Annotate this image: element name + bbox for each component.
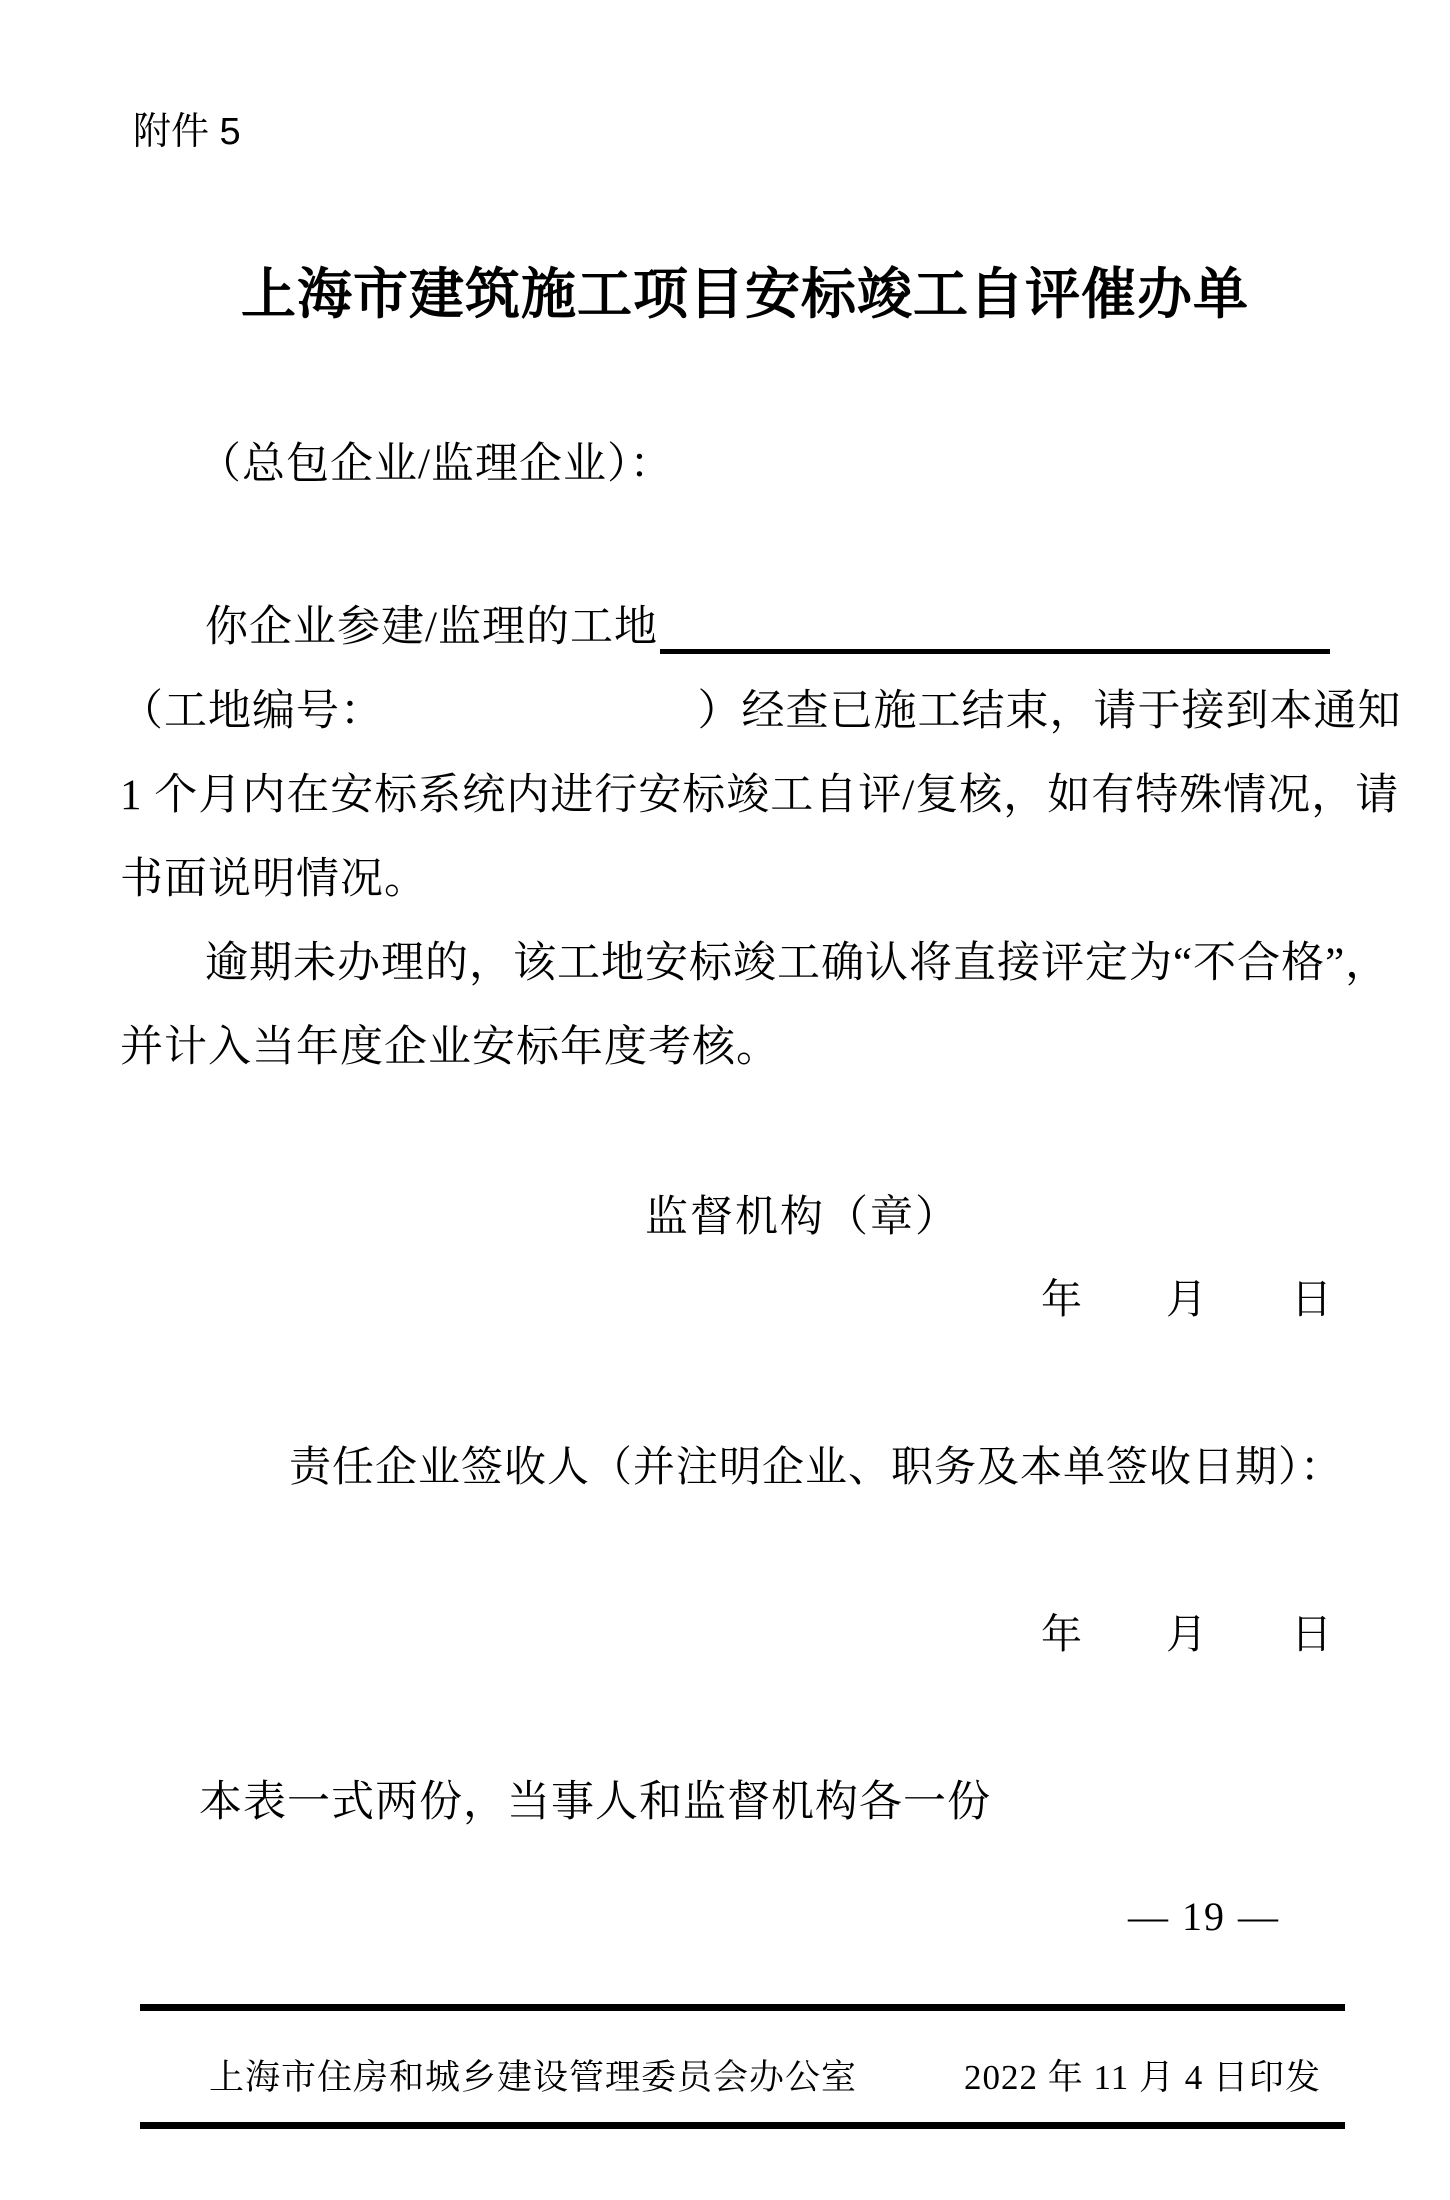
footer-print-date: 2022 年 11 月 4 日印发	[964, 2050, 1321, 2100]
date-line-signee: 年 月 日	[1041, 1601, 1332, 1660]
footer-rule-top	[140, 2004, 1345, 2011]
body-paragraphs: 你企业参建/监理的工地 （工地编号： ）经查已施工结束，请于接到本通知 1 个月…	[120, 586, 1353, 1090]
body-line-3: 1 个月内在安标系统内进行安标竣工自评/复核，如有特殊情况，请	[120, 754, 1353, 838]
document-title: 上海市建筑施工项目安标竣工自评催办单	[0, 250, 1450, 329]
footer-issuer: 上海市住房和城乡建设管理委员会办公室	[209, 2050, 857, 2100]
body-line-site-name: 你企业参建/监理的工地	[120, 586, 1353, 670]
page-number: — 19 —	[1128, 1893, 1280, 1940]
year-label: 年	[1041, 1601, 1082, 1660]
body-line-2-text: ）经查已施工结束，请于接到本通知	[698, 688, 1402, 735]
day-label: 日	[1291, 1601, 1332, 1660]
month-label: 月	[1166, 1266, 1207, 1325]
day-label: 日	[1291, 1266, 1332, 1325]
date-line-supervisor: 年 月 日	[1041, 1266, 1332, 1325]
body-line-4: 书面说明情况。	[120, 838, 1353, 922]
signee-line: 责任企业签收人（并注明企业、职务及本单签收日期）：	[289, 1434, 1343, 1494]
month-label: 月	[1166, 1601, 1207, 1660]
document-page: 附件 5 上海市建筑施工项目安标竣工自评催办单 （总包企业/监理企业）： 你企业…	[0, 0, 1450, 2200]
footer-rule-bottom	[140, 2122, 1345, 2129]
supervisor-seal-line: 监督机构（章）	[645, 1183, 960, 1244]
body-line-5: 逾期未办理的，该工地安标竣工确认将直接评定为“不合格”，	[120, 922, 1353, 1006]
attachment-label: 附件 5	[133, 100, 241, 155]
year-label: 年	[1041, 1266, 1082, 1325]
body-line-6: 并计入当年度企业安标年度考核。	[120, 1006, 1353, 1090]
copies-note: 本表一式两份，当事人和监督机构各一份	[199, 1768, 991, 1829]
site-name-label: 你企业参建/监理的工地	[120, 586, 658, 670]
body-line-site-number: （工地编号： ）经查已施工结束，请于接到本通知	[120, 670, 1353, 754]
addressee-line: （总包企业/监理企业）：	[198, 430, 673, 491]
site-number-label: （工地编号：	[120, 688, 384, 735]
site-name-blank-underline	[660, 586, 1330, 654]
